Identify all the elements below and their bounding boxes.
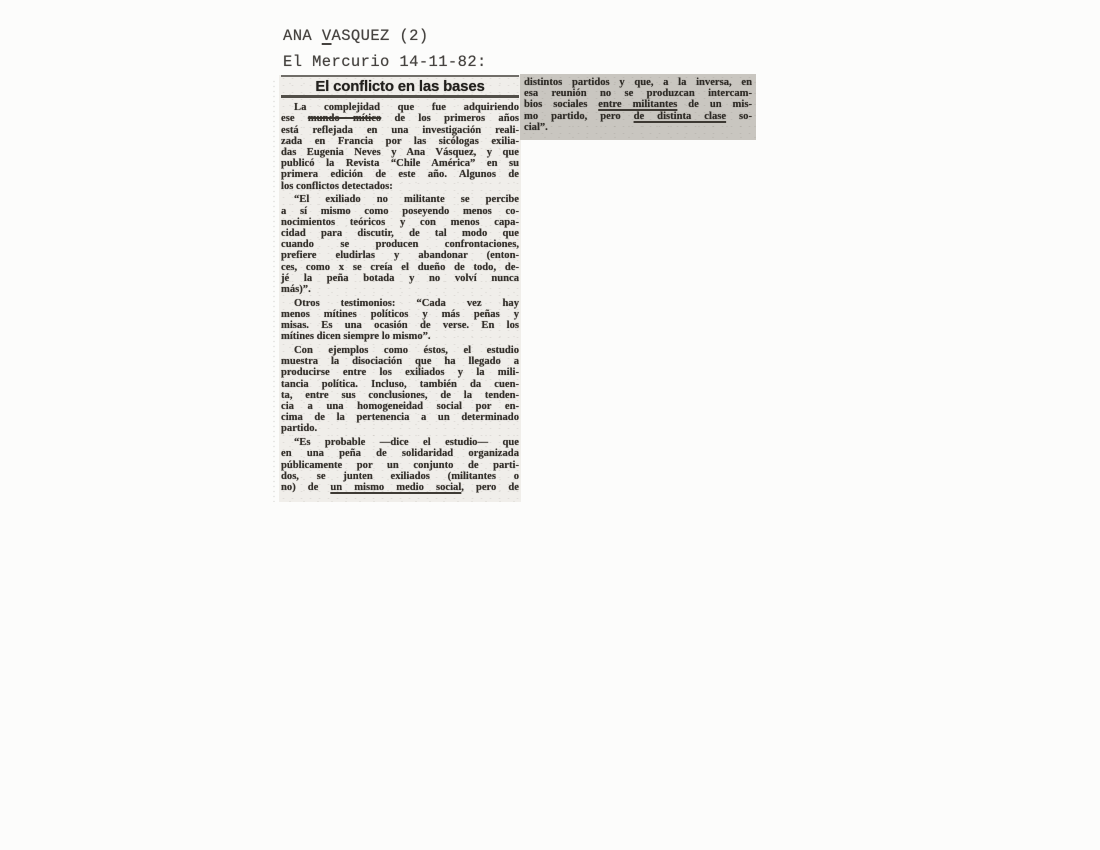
underlined-letter: V — [322, 27, 332, 45]
text-line: tancia política. Incluso, también da cue… — [281, 379, 519, 390]
text-line: mítines dicen siempre lo mismo”. — [281, 331, 519, 342]
scanned-archive-page: ANA VASQUEZ (2) El Mercurio 14-11-82: El… — [0, 0, 1100, 850]
text-line: a sí mismo como poseyendo menos co- — [281, 206, 519, 217]
newspaper-clipping-main-column: El conflicto en las bases La complejidad… — [279, 75, 521, 502]
text-line: ces, como x se creía el dueño de todo, d… — [281, 262, 519, 273]
text-line: no) de un mismo medio social, pero de — [281, 482, 519, 493]
pen-underline-mark: entre militantes — [598, 99, 677, 110]
paragraph: “El exiliado no militante se percibea sí… — [281, 194, 519, 295]
paragraph: Con ejemplos como éstos, el estudiomuest… — [281, 345, 519, 435]
paragraph: distintos partidos y que, a la inversa, … — [524, 77, 752, 133]
clipping-left-column-body: La complejidad que fue adquiriendoese mu… — [281, 102, 519, 493]
text-line: primera edición de este año. Algunos de — [281, 169, 519, 180]
typed-title-line: ANA VASQUEZ (2) — [283, 27, 487, 53]
text-line: publicó la Revista “Chile América” en su — [281, 158, 519, 169]
text-line: menos mítines políticos y más peñas y — [281, 309, 519, 320]
clipping-right-column-body: distintos partidos y que, a la inversa, … — [524, 77, 752, 133]
text-line: cia a una homogeneidad social por en- — [281, 401, 519, 412]
paragraph: “Es probable —dice el estudio— queen una… — [281, 437, 519, 493]
text-line: producirse entre los exiliados y la mili… — [281, 367, 519, 378]
text-line: cidad para discutir, de tal modo que — [281, 228, 519, 239]
pen-strikethrough-mark: mundo mítico — [308, 113, 381, 124]
typed-header: ANA VASQUEZ (2) El Mercurio 14-11-82: — [283, 27, 487, 79]
text-line: más)”. — [281, 284, 519, 295]
text-line: misas. Es una ocasión de verse. En los — [281, 320, 519, 331]
text-line: prefiere eludirlas y abandonar (enton- — [281, 250, 519, 261]
text-line: partido. — [281, 423, 519, 434]
text-line: “El exiliado no militante se percibe — [281, 194, 519, 205]
text-line: La complejidad que fue adquiriendo — [281, 102, 519, 113]
text-line: mo partido, pero de distinta clase so- — [524, 111, 752, 122]
text-line: ese mundo mítico de los primeros años — [281, 113, 519, 124]
text-line: cima de la pertenencia a un determinado — [281, 412, 519, 423]
text-line: dos, se junten exiliados (militantes o — [281, 471, 519, 482]
pen-underline-mark: de distinta clase — [634, 111, 726, 122]
text-line: “Es probable —dice el estudio— que — [281, 437, 519, 448]
paragraph: Otros testimonios: “Cada vez haymenos mí… — [281, 298, 519, 343]
text-line: nocimientos teóricos y con menos capa- — [281, 217, 519, 228]
text-line: bios sociales entre militantes de un mis… — [524, 99, 752, 110]
clipping-headline: El conflicto en las bases — [281, 75, 519, 98]
text-line: das Eugenia Neves y Ana Vásquez, y que — [281, 147, 519, 158]
paragraph: La complejidad que fue adquiriendoese mu… — [281, 102, 519, 192]
text-line: Con ejemplos como éstos, el estudio — [281, 345, 519, 356]
pen-underline-mark: un mismo medio social — [330, 482, 461, 493]
text-line: está reflejada en una investigación real… — [281, 125, 519, 136]
text-line: los conflictos detectados: — [281, 181, 519, 192]
text-line: distintos partidos y que, a la inversa, … — [524, 77, 752, 88]
text-line: públicamente por un conjunto de parti- — [281, 460, 519, 471]
text-line: zada en Francia por las sicólogas exilia… — [281, 136, 519, 147]
newspaper-clipping-continuation-column: distintos partidos y que, a la inversa, … — [520, 74, 756, 140]
text-line: cuando se producen confrontaciones, — [281, 239, 519, 250]
text-line: cial”. — [524, 122, 752, 133]
text-line: ta, entre sus conclusiones, de la tenden… — [281, 390, 519, 401]
text-line: muestra la disociación que ha llegado a — [281, 356, 519, 367]
text-line: en una peña de solidaridad organizada — [281, 448, 519, 459]
text-line: Otros testimonios: “Cada vez hay — [281, 298, 519, 309]
text-line: esa reunión no se produzcan intercam- — [524, 88, 752, 99]
text-line: jé la peña botada y no volví nunca — [281, 273, 519, 284]
